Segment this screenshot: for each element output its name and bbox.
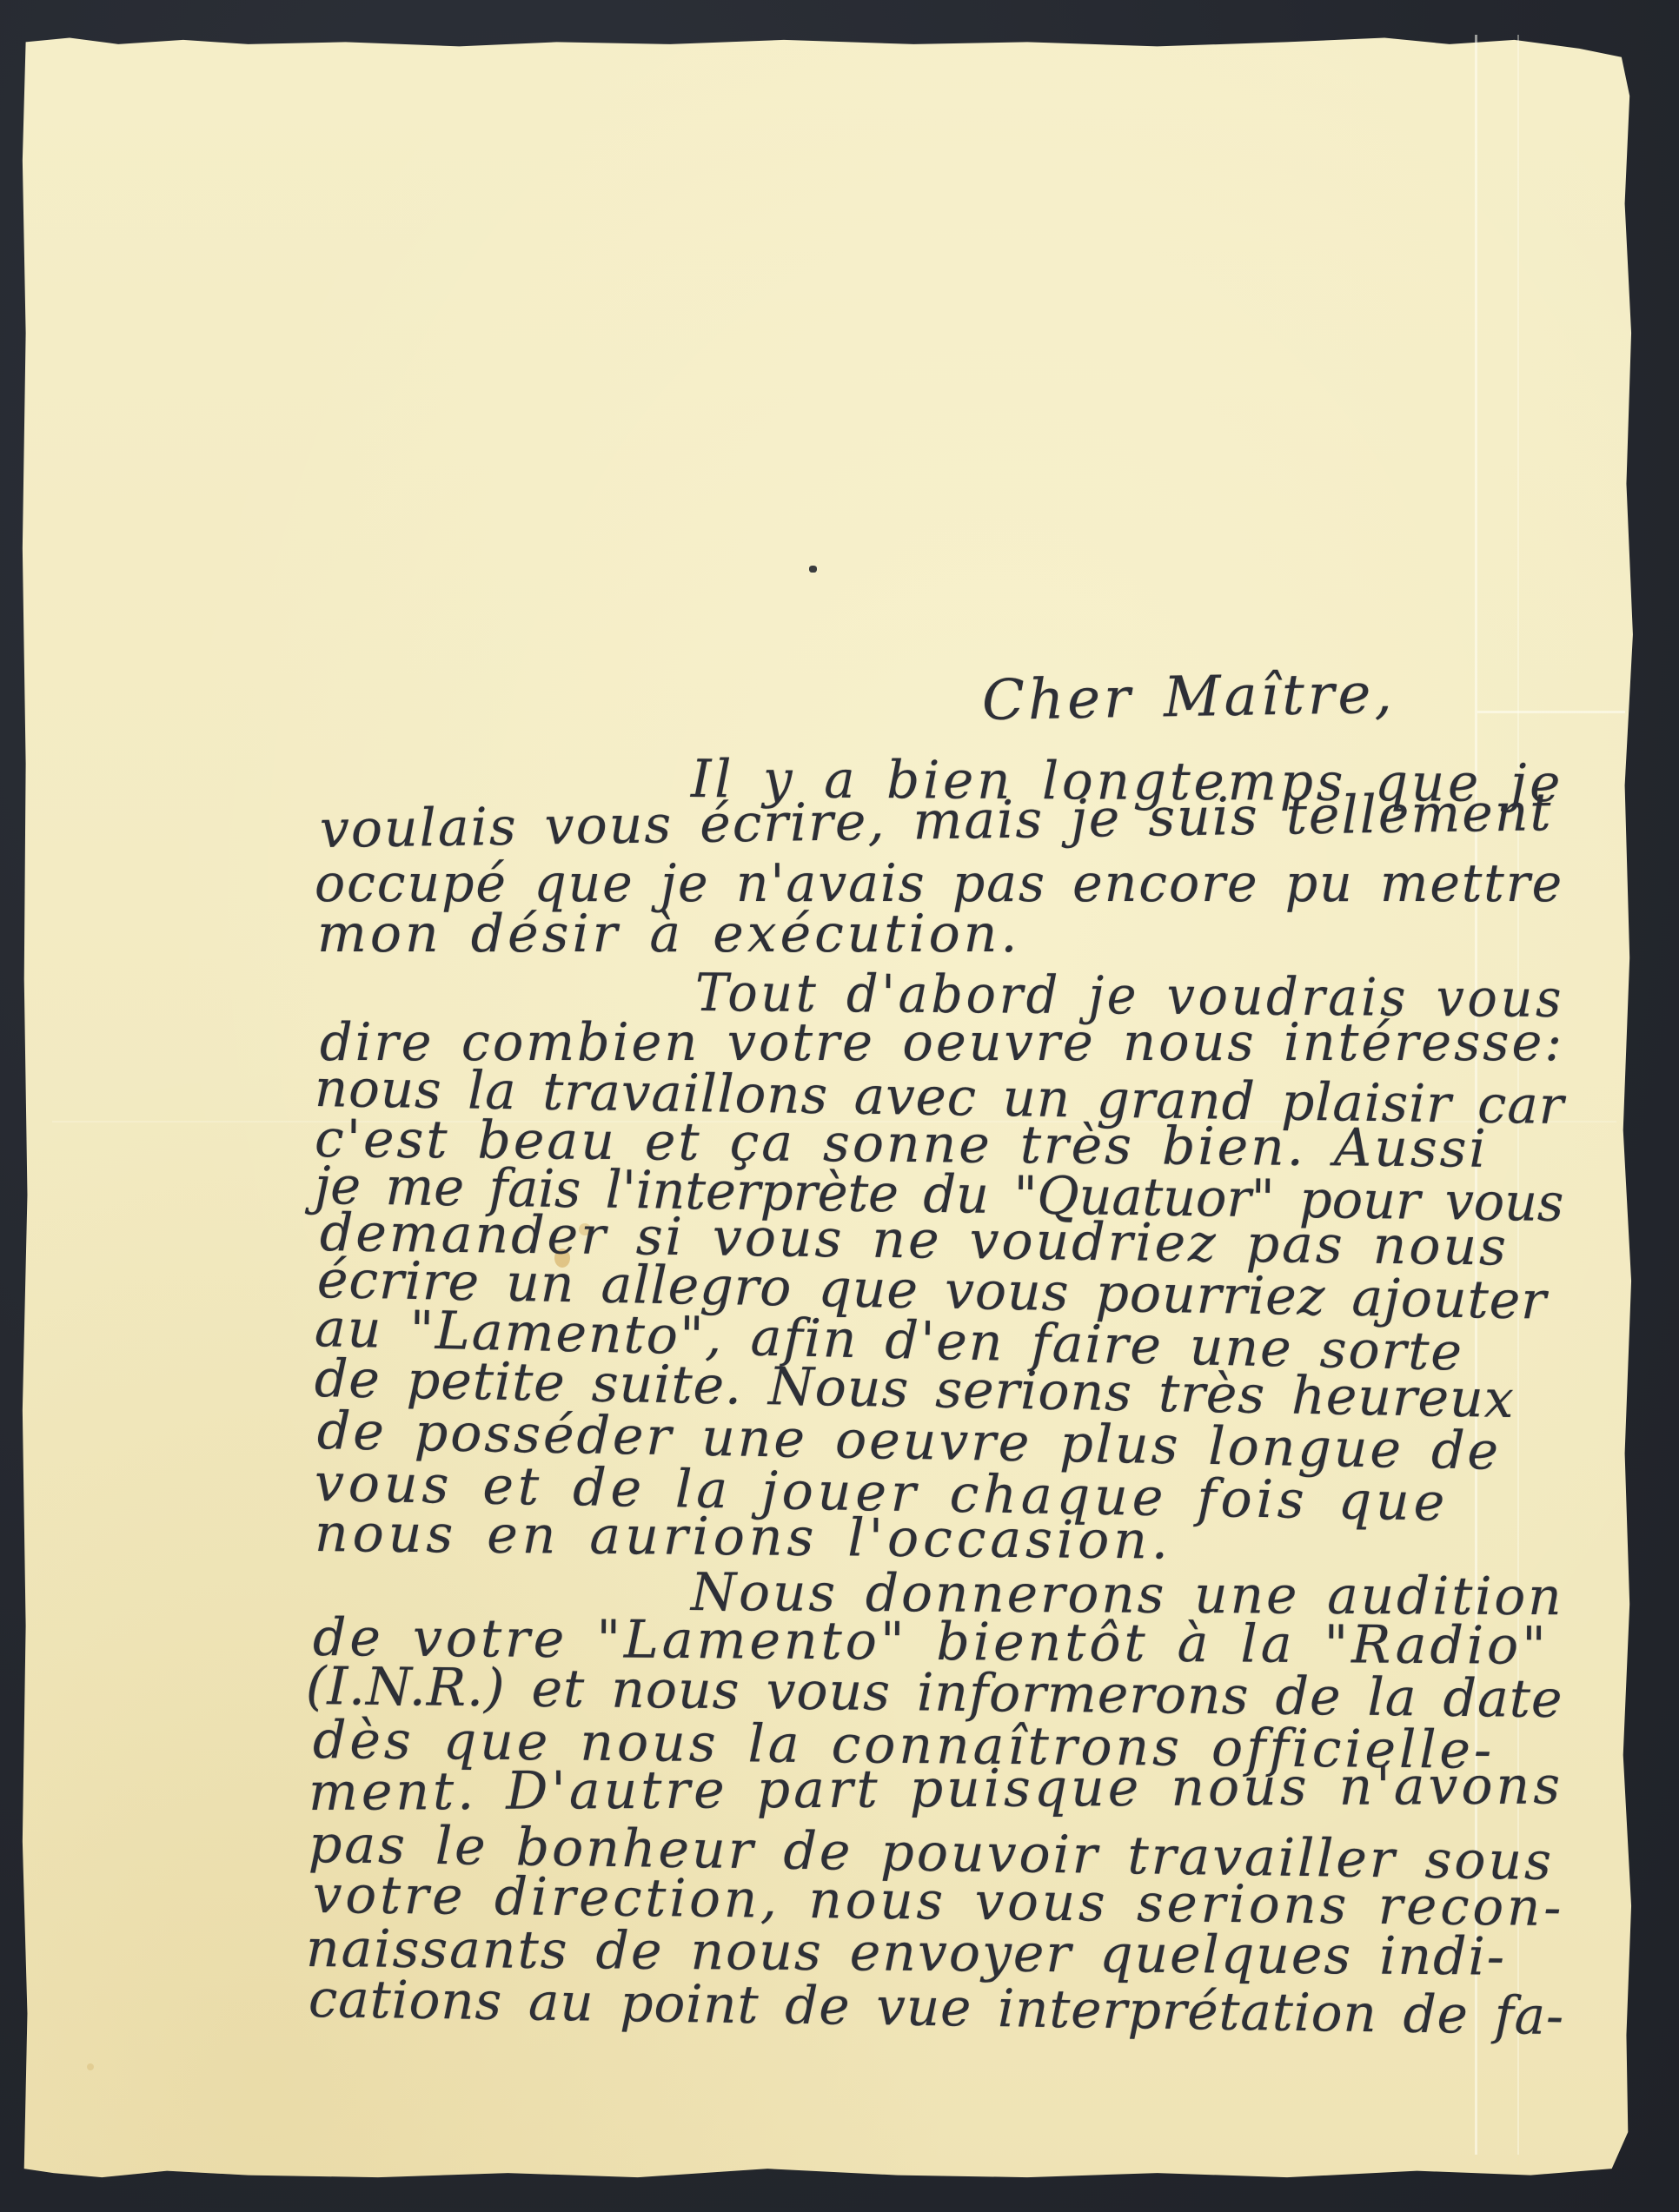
letter-line: nous en aurions l'occasion. xyxy=(315,1503,1173,1572)
letter-body: Cher Maître, Il y a bien longtemps que j… xyxy=(0,0,1679,2212)
letter-line: ment. D'autre part puisque nous n'avons xyxy=(309,1755,1563,1823)
letter-salutation: Cher Maître, xyxy=(981,662,1396,733)
letter-line: mon désir à exécution. xyxy=(317,904,1020,964)
letter-line: voulais vous écrire, mais je suis tellem… xyxy=(320,782,1553,860)
